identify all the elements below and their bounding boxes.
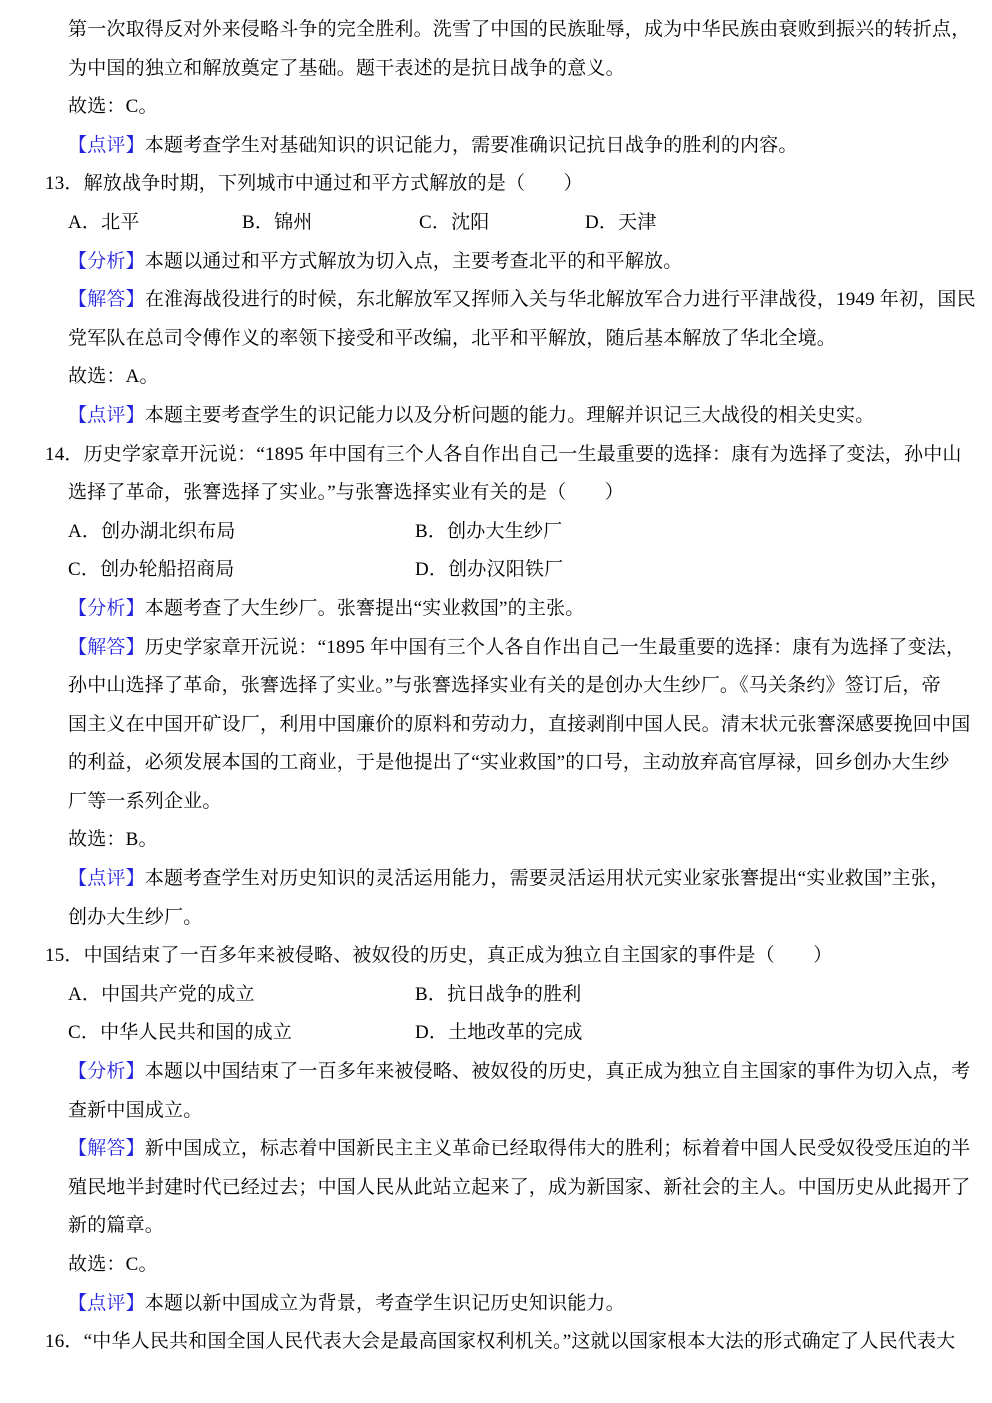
q13-stem-line: 13．解放战争时期，下列城市中通过和平方式解放的是（ ） bbox=[45, 165, 934, 204]
exam-answer-document-page: 第一次取得反对外来侵略斗争的完全胜利。洗雪了中国的民族耻辱，成为中华民族由衰败到… bbox=[0, 0, 992, 1403]
q15-analysis-text-1: 本题以中国结束了一百多年来被侵略、被奴役的历史，真正成为独立自主国家的事件为切入… bbox=[145, 1061, 971, 1082]
q15-option-b: B．抗日战争的胜利 bbox=[415, 976, 581, 1015]
q14-option-b: B．创办大生纱厂 bbox=[415, 513, 562, 552]
q13-option-c: C．沈阳 bbox=[419, 204, 585, 243]
q15-comment-line: 【点评】本题以新中国成立为背景，考查学生识记历史知识能力。 bbox=[68, 1285, 934, 1324]
q15-analysis-line-1: 【分析】本题以中国结束了一百多年来被侵略、被奴役的历史，真正成为独立自主国家的事… bbox=[68, 1053, 934, 1092]
q14-comment-line-1: 【点评】本题考查学生对历史知识的灵活运用能力，需要灵活运用状元实业家张謇提出“实… bbox=[68, 860, 934, 899]
q14-answer-text-1: 历史学家章开沅说：“1895 年中国有三个人各自作出自己一生最重要的选择：康有为… bbox=[145, 637, 965, 658]
analysis-label: 【分析】 bbox=[68, 598, 145, 619]
q13-number: 13． bbox=[45, 173, 84, 194]
q13-answer-line-1: 【解答】在淮海战役进行的时候，东北解放军又挥师入关与华北解放军合力进行平津战役，… bbox=[68, 281, 934, 320]
q15-answer-line-1: 【解答】新中国成立，标志着中国新民主主义革命已经取得伟大的胜利；标着着中国人民受… bbox=[68, 1130, 934, 1169]
answer-label: 【解答】 bbox=[68, 637, 145, 658]
q14-options-row-1: A．创办湖北织布局B．创办大生纱厂 bbox=[68, 513, 934, 552]
q13-comment-text: 本题主要考查学生的识记能力以及分析问题的能力。理解并识记三大战役的相关史实。 bbox=[145, 405, 875, 426]
comment-label: 【点评】 bbox=[68, 135, 145, 156]
analysis-label: 【分析】 bbox=[68, 251, 145, 272]
q14-number: 14． bbox=[45, 444, 84, 465]
q13-analysis-line: 【分析】本题以通过和平方式解放为切入点，主要考查北平的和平解放。 bbox=[68, 243, 934, 282]
q14-comment-text-1: 本题考查学生对历史知识的灵活运用能力，需要灵活运用状元实业家张謇提出“实业救国”… bbox=[145, 868, 949, 889]
comment-label: 【点评】 bbox=[68, 405, 145, 426]
q14-comment-line-2: 创办大生纱厂。 bbox=[68, 899, 934, 938]
q13-option-b: B．锦州 bbox=[242, 204, 419, 243]
q15-option-c: C．中华人民共和国的成立 bbox=[68, 1014, 415, 1053]
q13-answer-choice: 故选：A。 bbox=[68, 358, 934, 397]
q14-answer-line-5: 厂等一系列企业。 bbox=[68, 783, 934, 822]
q12-comment-text: 本题考查学生对基础知识的识记能力，需要准确识记抗日战争的胜利的内容。 bbox=[145, 135, 798, 156]
q13-options-row: A．北平B．锦州C．沈阳D．天津 bbox=[68, 204, 934, 243]
q16-stem-text-1: “中华人民共和国全国人民代表大会是最高国家权利机关。”这就以国家根本大法的形式确… bbox=[84, 1331, 956, 1352]
q14-analysis-text: 本题考查了大生纱厂。张謇提出“实业救国”的主张。 bbox=[145, 598, 585, 619]
q15-analysis-line-2: 查新中国成立。 bbox=[68, 1092, 934, 1131]
q12-answer-choice: 故选：C。 bbox=[68, 88, 934, 127]
q16-stem-line-1: 16．“中华人民共和国全国人民代表大会是最高国家权利机关。”这就以国家根本大法的… bbox=[45, 1323, 934, 1362]
answer-label: 【解答】 bbox=[68, 1138, 145, 1159]
comment-label: 【点评】 bbox=[68, 868, 145, 889]
q13-option-a: A．北平 bbox=[68, 204, 242, 243]
q15-answer-choice: 故选：C。 bbox=[68, 1246, 934, 1285]
q15-option-d: D．土地改革的完成 bbox=[415, 1014, 583, 1053]
q15-option-a: A．中国共产党的成立 bbox=[68, 976, 415, 1015]
q14-answer-line-3: 国主义在中国开矿设厂，利用中国廉价的原料和劳动力，直接剥削中国人民。清末状元张謇… bbox=[68, 706, 934, 745]
q14-stem-line-1: 14．历史学家章开沅说：“1895 年中国有三个人各自作出自己一生最重要的选择：… bbox=[45, 436, 934, 475]
analysis-label: 【分析】 bbox=[68, 1061, 145, 1082]
q14-stem-text-1: 历史学家章开沅说：“1895 年中国有三个人各自作出自己一生最重要的选择：康有为… bbox=[84, 444, 962, 465]
q15-stem-text: 中国结束了一百多年来被侵略、被奴役的历史，真正成为独立自主国家的事件是（ ） bbox=[84, 945, 833, 966]
q12-comment-line: 【点评】本题考查学生对基础知识的识记能力，需要准确识记抗日战争的胜利的内容。 bbox=[68, 127, 934, 166]
q14-stem-line-2: 选择了革命，张謇选择了实业。”与张謇选择实业有关的是（ ） bbox=[68, 474, 934, 513]
q15-options-row-2: C．中华人民共和国的成立D．土地改革的完成 bbox=[68, 1014, 934, 1053]
q14-options-row-2: C．创办轮船招商局D．创办汉阳铁厂 bbox=[68, 551, 934, 590]
q13-comment-line: 【点评】本题主要考查学生的识记能力以及分析问题的能力。理解并识记三大战役的相关史… bbox=[68, 397, 934, 436]
q15-options-row-1: A．中国共产党的成立B．抗日战争的胜利 bbox=[68, 976, 934, 1015]
q14-option-a: A．创办湖北织布局 bbox=[68, 513, 415, 552]
q15-comment-text: 本题以新中国成立为背景，考查学生识记历史知识能力。 bbox=[145, 1293, 625, 1314]
q15-answer-line-2: 殖民地半封建时代已经过去；中国人民从此站立起来了，成为新国家、新社会的主人。中国… bbox=[68, 1169, 934, 1208]
q14-option-d: D．创办汉阳铁厂 bbox=[415, 551, 563, 590]
q12-explanation-line-1: 第一次取得反对外来侵略斗争的完全胜利。洗雪了中国的民族耻辱，成为中华民族由衰败到… bbox=[68, 11, 934, 50]
q13-answer-text-1: 在淮海战役进行的时候，东北解放军又挥师入关与华北解放军合力进行平津战役，1949… bbox=[145, 289, 976, 310]
q13-stem-text: 解放战争时期，下列城市中通过和平方式解放的是（ ） bbox=[84, 173, 583, 194]
q13-option-d: D．天津 bbox=[585, 204, 657, 243]
q12-explanation-line-2: 为中国的独立和解放奠定了基础。题干表述的是抗日战争的意义。 bbox=[68, 50, 934, 89]
q16-number: 16． bbox=[45, 1331, 84, 1352]
comment-label: 【点评】 bbox=[68, 1293, 145, 1314]
q14-answer-line-2: 孙中山选择了革命，张謇选择了实业。”与张謇选择实业有关的是创办大生纱厂。《马关条… bbox=[68, 667, 934, 706]
q14-answer-line-4: 的利益，必须发展本国的工商业，于是他提出了“实业救国”的口号，主动放弃高官厚禄，… bbox=[68, 744, 934, 783]
q15-stem-line: 15．中国结束了一百多年来被侵略、被奴役的历史，真正成为独立自主国家的事件是（ … bbox=[45, 937, 934, 976]
q15-answer-text-1: 新中国成立，标志着中国新民主主义革命已经取得伟大的胜利；标着着中国人民受奴役受压… bbox=[145, 1138, 971, 1159]
q13-answer-line-2: 党军队在总司令傅作义的率领下接受和平改编，北平和平解放，随后基本解放了华北全境。 bbox=[68, 320, 934, 359]
q14-analysis-line: 【分析】本题考查了大生纱厂。张謇提出“实业救国”的主张。 bbox=[68, 590, 934, 629]
answer-label: 【解答】 bbox=[68, 289, 145, 310]
q15-answer-line-3: 新的篇章。 bbox=[68, 1207, 934, 1246]
q14-answer-choice: 故选：B。 bbox=[68, 821, 934, 860]
q14-answer-line-1: 【解答】历史学家章开沅说：“1895 年中国有三个人各自作出自己一生最重要的选择… bbox=[68, 629, 934, 668]
q15-number: 15． bbox=[45, 945, 84, 966]
q14-option-c: C．创办轮船招商局 bbox=[68, 551, 415, 590]
q13-analysis-text: 本题以通过和平方式解放为切入点，主要考查北平的和平解放。 bbox=[145, 251, 683, 272]
